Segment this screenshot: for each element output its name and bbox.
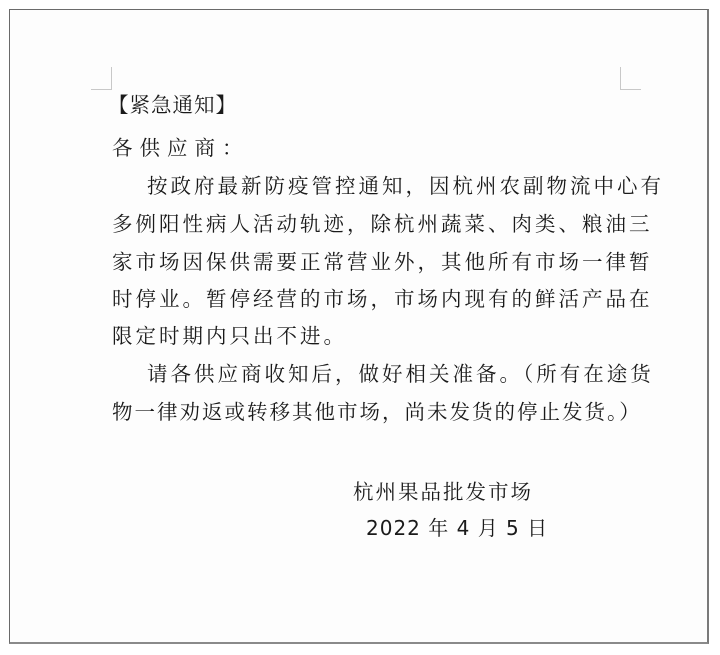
paragraph1-line: 家市场因保供需要正常营业外，其他所有市场一律暂	[112, 248, 653, 276]
paragraph1-line: 限定时期内只出不进。	[112, 322, 347, 350]
paragraph1-line: 按政府最新防疫管控通知，因杭州农副物流中心有	[147, 172, 664, 200]
notice-title: 【紧急通知】	[108, 91, 237, 119]
paragraph1-line: 多例阳性病人活动轨迹，除杭州蔬菜、肉类、粮油三	[112, 210, 653, 238]
date: 2022 年 4 月 5 日	[366, 514, 548, 542]
salutation: 各供应商：	[112, 134, 250, 162]
signature: 杭州果品批发市场	[353, 478, 533, 506]
paragraph1-line: 时停业。暂停经营的市场，市场内现有的鲜活产品在	[112, 285, 653, 313]
top-left-margin-mark	[91, 67, 112, 90]
paragraph2-line: 物一律劝返或转移其他市场，尚未发货的停止发货。）	[112, 398, 642, 426]
paragraph2-line: 请各供应商收知后，做好相关准备。（所有在途货	[147, 360, 654, 388]
top-right-margin-mark	[620, 67, 641, 90]
